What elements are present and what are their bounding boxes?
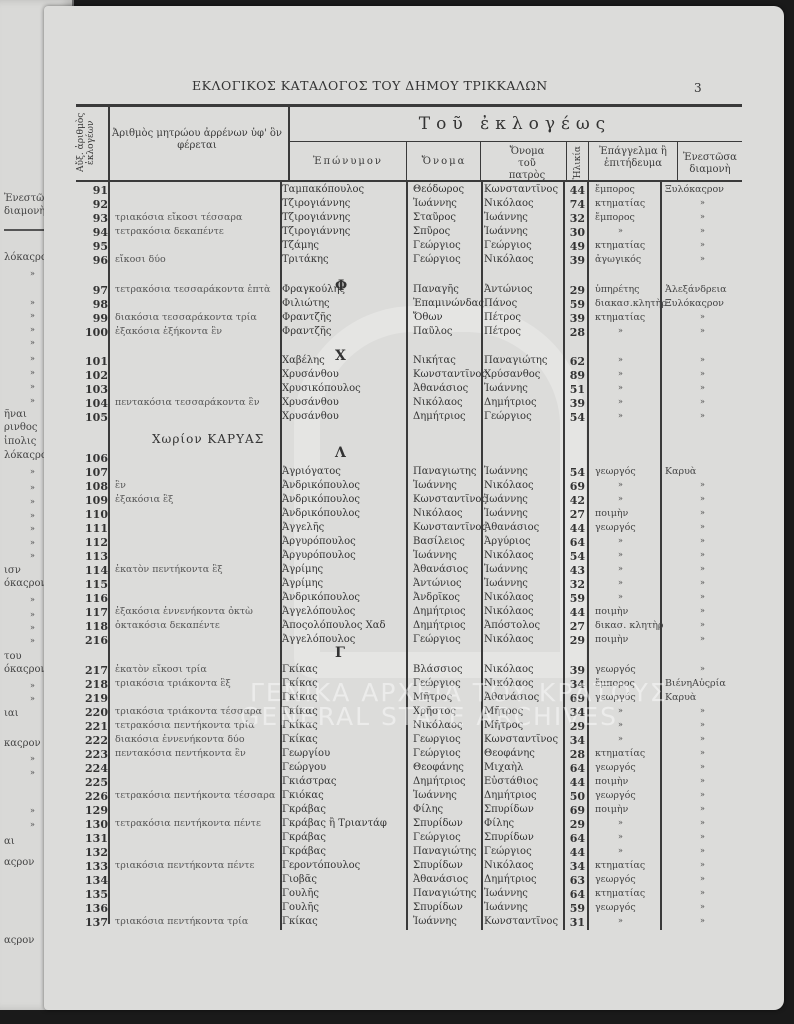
prev-page-cell: » (30, 524, 35, 533)
cell-first-name: Βλάσσιος (413, 664, 463, 675)
cell-surname: Ἀργυρόπουλος (282, 550, 356, 561)
cell-age: 54 (567, 550, 585, 563)
cell-residence: » (700, 254, 782, 263)
vline-age-right (588, 141, 589, 180)
prev-page-cell: » (30, 551, 35, 560)
vline-first (406, 141, 407, 180)
cell-occupation: » (618, 578, 623, 587)
cell-registry-number-words: εἴκοσι δύο (115, 254, 166, 265)
cell-first-name: Νικόλαος (413, 397, 463, 408)
cell-registry-number-words: τριακόσια εἴκοσι τέσσαρα (115, 212, 242, 223)
cell-surname: Γκίκας (282, 664, 318, 675)
cell-age: 39 (567, 664, 585, 677)
cell-occupation: » (618, 326, 623, 335)
cell-serial-number: 106 (78, 452, 108, 465)
cell-surname: Ἀνδρικόπουλος (282, 592, 360, 603)
cell-occupation: γεωργός (595, 790, 636, 801)
table-top-rule (76, 104, 742, 107)
cell-surname: Ἀνδρικόπουλος (282, 508, 360, 519)
prev-page-cell: » (30, 396, 35, 405)
cell-father-name: Νικόλαος (484, 606, 534, 617)
cell-age: 32 (567, 578, 585, 591)
cell-father-name: Νικόλαος (484, 664, 534, 675)
cell-occupation: κτηματίας (595, 748, 645, 759)
prev-page-cell: » (30, 694, 35, 703)
cell-father-name: Γεώργιος (484, 411, 532, 422)
cell-first-name: Σπυρίδων (413, 818, 463, 829)
cell-residence: Ἀλεξάνδρεια (665, 284, 747, 295)
section-letter: Λ (335, 445, 346, 461)
cell-registry-number-words: πεντακόσια τεσσαράκοντα ἓν (115, 397, 259, 408)
cell-age: 30 (567, 226, 585, 239)
section-letter: Γ (335, 645, 345, 661)
cell-occupation: ἀγωγικός (595, 254, 641, 265)
cell-residence: Ξυλόκαςρον (665, 184, 747, 195)
cell-first-name: Παναγιωτης (413, 466, 476, 477)
cell-surname: Ἀγγελόπουλος (282, 634, 355, 645)
cell-occupation: » (618, 592, 623, 601)
vline-age-left (566, 141, 567, 180)
cell-father-name: Ἰωάννης (484, 578, 528, 589)
cell-occupation: » (618, 564, 623, 573)
cell-surname: Τζιρογιάννης (282, 198, 350, 209)
cell-age: 89 (567, 369, 585, 382)
cell-registry-number-words: ἑξακόσια ἐννενήκοντα ὀκτὼ (115, 606, 253, 617)
cell-age: 44 (567, 522, 585, 535)
prev-page-cell: » (30, 354, 35, 363)
cell-serial-number: 99 (78, 312, 108, 325)
cell-age: 64 (567, 888, 585, 901)
prev-page-cell: ρινθος (4, 422, 38, 433)
cell-registry-number-words: πεντακόσια πεντήκοντα ἓν (115, 748, 246, 759)
cell-registry-number-words: διακόσια τεσσαράκοντα τρία (115, 312, 257, 323)
vline-residence (677, 141, 678, 180)
cell-first-name: Ἰωάννης (413, 480, 457, 491)
cell-serial-number: 221 (78, 720, 108, 733)
cell-registry-number-words: τριακόσια τριάκοντα ἓξ (115, 678, 231, 689)
cell-first-name: Σταῦρος (413, 212, 456, 223)
cell-surname: Τζιρογιάννης (282, 212, 350, 223)
cell-father-name: Ἰωάννης (484, 564, 528, 575)
cell-serial-number: 130 (78, 818, 108, 831)
cell-residence: » (700, 536, 782, 545)
cell-surname: Χαβέλης (282, 355, 325, 366)
cell-age: 28 (567, 748, 585, 761)
cell-occupation: γεωργός (595, 902, 636, 913)
cell-surname: Γκίκας (282, 916, 318, 927)
cell-occupation: » (618, 916, 623, 925)
cell-first-name: Ἀθανάσιος (413, 564, 468, 575)
cell-occupation: κτηματίας (595, 240, 645, 251)
cell-first-name: Δημήτριος (413, 606, 466, 617)
prev-page-cell: » (30, 610, 35, 619)
cell-occupation: » (618, 494, 623, 503)
prev-page-cell: » (30, 538, 35, 547)
cell-serial-number: 118 (78, 620, 108, 633)
cell-residence: ΒιένηΑὐςρία (665, 678, 747, 689)
cell-surname: Γκίκας (282, 734, 318, 745)
cell-age: 29 (567, 818, 585, 831)
cell-occupation: κτηματίας (595, 888, 645, 899)
prev-page-cell: » (30, 483, 35, 492)
cell-surname: Ἀγγελόπουλος (282, 606, 355, 617)
cell-surname: Φραγκούλης (282, 284, 345, 295)
cell-serial-number: 224 (78, 762, 108, 775)
cell-age: 43 (567, 564, 585, 577)
prev-page-cell: » (30, 325, 35, 334)
cell-age: 74 (567, 198, 585, 211)
cell-residence: » (700, 620, 782, 629)
cell-residence: » (700, 592, 782, 601)
header-serial-number: Αὔξ. ἀριθμὸς ἐκλογέων (76, 110, 106, 175)
page-number: 3 (694, 81, 702, 95)
cell-father-name: Κωνσταντῖνος (484, 184, 558, 195)
cell-serial-number: 220 (78, 706, 108, 719)
vline-first-body (406, 182, 408, 930)
cell-first-name: Γεώργιος (413, 832, 461, 843)
cell-first-name: Δημήτριος (413, 620, 466, 631)
cell-residence: » (700, 212, 782, 221)
cell-father-name: Ἰωάννης (484, 226, 528, 237)
cell-father-name: Σπυρίδων (484, 832, 534, 843)
cell-registry-number-words: τετρακόσια πεντήκοντα πέντε (115, 818, 261, 829)
header-age: Ἡλικία (573, 146, 583, 179)
prev-page-cell: » (30, 368, 35, 377)
cell-father-name: Πάνος (484, 298, 517, 309)
prev-page-cell: αςρον (4, 857, 34, 868)
cell-residence: » (700, 720, 782, 729)
prev-page-cell: » (30, 311, 35, 320)
section-letter: Χ (335, 348, 346, 364)
cell-surname: Τζάμης (282, 240, 319, 251)
cell-father-name: Παναγιώτης (484, 355, 547, 366)
cell-registry-number-words: ἑκατὸν πεντήκοντα ἓξ (115, 564, 223, 575)
cell-serial-number: 226 (78, 790, 108, 803)
cell-residence: » (700, 494, 782, 503)
cell-age: 42 (567, 494, 585, 507)
vline-residence-body (660, 182, 662, 930)
cell-surname: Γκιόκας (282, 790, 324, 801)
prev-page-cell: ιαι (4, 708, 19, 719)
header-first-name: Ὄνομα (410, 156, 478, 168)
page-title: ΕΚΛΟΓΙΚΟΣ ΚΑΤΑΛΟΓΟΣ ΤΟΥ ΔΗΜΟΥ ΤΡΙΚΚΑΛΩΝ (192, 78, 548, 93)
cell-surname: Τζιρογιάννης (282, 226, 350, 237)
cell-first-name: Ἀθανάσιος (413, 874, 468, 885)
cell-serial-number: 105 (78, 411, 108, 424)
cell-first-name: Θεόδωρος (413, 184, 464, 195)
village-heading: Χωρίον ΚΑΡΥΑΣ (152, 432, 264, 446)
cell-occupation: ποιμὴν (595, 606, 628, 617)
cell-residence: » (700, 818, 782, 827)
cell-surname: Φραντζῆς (282, 326, 331, 337)
group-header-rule (290, 141, 742, 142)
cell-serial-number: 113 (78, 550, 108, 563)
cell-age: 27 (567, 620, 585, 633)
cell-registry-number-words: τριακόσια πεντήκοντα πέντε (115, 860, 254, 871)
cell-father-name: Νικόλαος (484, 550, 534, 561)
cell-father-name: Θεοφάνης (484, 748, 535, 759)
prev-page-cell: » (30, 820, 35, 829)
cell-serial-number: 137 (78, 916, 108, 929)
cell-residence: » (700, 832, 782, 841)
cell-father-name: Χρύσανθος (484, 369, 540, 380)
cell-age: 64 (567, 832, 585, 845)
cell-surname: Ἀγρίμης (282, 564, 323, 575)
cell-surname: Γεώργου (282, 762, 326, 773)
cell-age: 27 (567, 508, 585, 521)
cell-surname: Ἀποςολόπουλος Χαδ (282, 620, 386, 631)
cell-first-name: Γεωργιος (413, 734, 461, 745)
header-voter-group: Τοῦ ἐκλογέως (290, 114, 740, 134)
header-residence: Ἐνεστῶσα διαμονὴ (680, 152, 740, 176)
cell-serial-number: 102 (78, 369, 108, 382)
cell-surname: Χρυσάνθου (282, 411, 339, 422)
cell-serial-number: 217 (78, 664, 108, 677)
prev-page-cell: » (30, 497, 35, 506)
cell-father-name: Γεώργιος (484, 846, 532, 857)
cell-serial-number: 109 (78, 494, 108, 507)
cell-father-name: Γεώργιος (484, 240, 532, 251)
cell-residence: » (700, 776, 782, 785)
cell-surname: Γιοβᾶς (282, 874, 317, 885)
cell-residence: » (700, 916, 782, 925)
prev-page-cell: καςρον (4, 738, 41, 749)
cell-first-name: Ὄθων (413, 312, 443, 323)
cell-first-name: Θεοφάνης (413, 762, 464, 773)
cell-serial-number: 103 (78, 383, 108, 396)
cell-first-name: Βασίλειος (413, 536, 465, 547)
cell-age: 44 (567, 846, 585, 859)
cell-registry-number-words: ὀκτακόσια δεκαπέντε (115, 620, 220, 631)
cell-occupation: ποιμὴν (595, 634, 628, 645)
cell-father-name: Ἰωάννης (484, 508, 528, 519)
header-bottom-rule (76, 180, 742, 182)
cell-occupation: » (618, 706, 623, 715)
cell-occupation: » (618, 720, 623, 729)
cell-first-name: Κωνσταντῖνος (413, 522, 487, 533)
cell-surname: Χρυσάνθου (282, 369, 339, 380)
cell-age: 50 (567, 790, 585, 803)
cell-serial-number: 107 (78, 466, 108, 479)
cell-residence: » (700, 226, 782, 235)
cell-residence: » (700, 508, 782, 517)
header-surname: Ἐπώνυμον (292, 156, 404, 168)
cell-residence: Καρυὰ (665, 466, 747, 477)
cell-serial-number: 112 (78, 536, 108, 549)
cell-surname: Ἀγριόγατος (282, 466, 341, 477)
cell-surname: Γκράβας (282, 804, 326, 815)
cell-father-name: Μιχαὴλ (484, 762, 523, 773)
cell-serial-number: 95 (78, 240, 108, 253)
cell-first-name: Σπυρίδων (413, 860, 463, 871)
cell-occupation: » (618, 411, 623, 420)
cell-father-name: Νικόλαος (484, 254, 534, 265)
cell-age: 34 (567, 860, 585, 873)
cell-father-name: Ἰωάννης (484, 494, 528, 505)
cell-surname: Γκράβας ἢ Τριαντάφ (282, 818, 387, 829)
vline-father-body (481, 182, 483, 930)
cell-age: 59 (567, 592, 585, 605)
cell-serial-number: 104 (78, 397, 108, 410)
vline-age-right-body (587, 182, 589, 930)
cell-first-name: Παῦλος (413, 326, 453, 337)
cell-occupation: κτηματίας (595, 198, 645, 209)
cell-serial-number: 131 (78, 832, 108, 845)
vline-father (480, 141, 481, 180)
cell-occupation: ἔμπορος (595, 212, 635, 223)
cell-residence: » (700, 762, 782, 771)
prev-page-cell: » (30, 382, 35, 391)
cell-age: 64 (567, 762, 585, 775)
cell-age: 39 (567, 397, 585, 410)
cell-age: 34 (567, 734, 585, 747)
cell-serial-number: 110 (78, 508, 108, 521)
prev-page-cell: » (30, 338, 35, 347)
cell-surname: Φραντζῆς (282, 312, 331, 323)
cell-first-name: Δημήτριος (413, 776, 466, 787)
cell-age: 29 (567, 284, 585, 297)
cell-father-name: Ἰωάννης (484, 466, 528, 477)
cell-residence: » (700, 397, 782, 406)
cell-father-name: Ἀθανάσιος (484, 522, 539, 533)
cell-occupation: ποιμὴν (595, 508, 628, 519)
cell-age: 49 (567, 240, 585, 253)
cell-father-name: Ἰωάννης (484, 383, 528, 394)
cell-age: 69 (567, 804, 585, 817)
cell-residence: » (700, 578, 782, 587)
cell-first-name: Ἀθανάσιος (413, 383, 468, 394)
cell-serial-number: 98 (78, 298, 108, 311)
cell-residence: Καρυὰ (665, 692, 747, 703)
cell-age: 44 (567, 776, 585, 789)
vline-serial (108, 104, 110, 924)
prev-page-cell: » (30, 636, 35, 645)
cell-first-name: Κωνσταντῖνος (413, 369, 487, 380)
cell-age: 31 (567, 916, 585, 929)
cell-occupation: » (618, 734, 623, 743)
prev-page-cell: όκαςρον (4, 664, 47, 675)
cell-occupation: κτηματίας (595, 860, 645, 871)
cell-father-name: Δημήτριος (484, 397, 537, 408)
prev-page-cell: του (4, 651, 22, 662)
cell-residence: » (700, 888, 782, 897)
prev-page-cell: αι (4, 836, 15, 847)
cell-occupation: » (618, 355, 623, 364)
cell-first-name: Νικόλαος (413, 508, 463, 519)
cell-age: 69 (567, 480, 585, 493)
cell-father-name: Νικόλαος (484, 480, 534, 491)
prev-page-cell: ἰπολις (4, 436, 36, 447)
cell-age: 39 (567, 312, 585, 325)
cell-serial-number: 219 (78, 692, 108, 705)
cell-surname: Ταμπακόπουλος (282, 184, 364, 195)
cell-father-name: Δημήτριος (484, 874, 537, 885)
cell-occupation: » (618, 832, 623, 841)
prev-page-cell: » (30, 595, 35, 604)
prev-page-cell: ισν (4, 565, 21, 576)
cell-serial-number: 218 (78, 678, 108, 691)
cell-age: 63 (567, 874, 585, 887)
cell-father-name: Κωνσταντῖνος (484, 916, 558, 927)
cell-serial-number: 111 (78, 522, 108, 535)
cell-serial-number: 225 (78, 776, 108, 789)
header-registry-number: Ἀριθμὸς μητρώου ἀρρένων ὑφ' ὃν φέρεται (112, 128, 282, 152)
cell-residence: » (700, 790, 782, 799)
cell-residence: » (700, 411, 782, 420)
cell-residence: » (700, 748, 782, 757)
cell-occupation: γεωργός (595, 664, 636, 675)
cell-registry-number-words: τετρακόσια πεντήκοντα τρία (115, 720, 255, 731)
cell-occupation: ὑπηρέτης (595, 284, 640, 295)
header-occupation: Ἐπάγγελμα ἢ ἐπιτήδευμα (592, 146, 674, 170)
cell-surname: Ἀργυρόπουλος (282, 536, 356, 547)
cell-occupation: γεωργός (595, 466, 636, 477)
cell-father-name: Ἀπόστολος (484, 620, 540, 631)
cell-serial-number: 115 (78, 578, 108, 591)
cell-surname: Γκιάστρας (282, 776, 336, 787)
cell-age: 54 (567, 466, 585, 479)
cell-occupation: » (618, 383, 623, 392)
prev-page-cell: » (30, 768, 35, 777)
cell-first-name: Κωνσταντῖνος (413, 494, 487, 505)
cell-occupation: γεωργός (595, 522, 636, 533)
prev-page-cell: » (30, 511, 35, 520)
cell-first-name: Νικήτας (413, 355, 456, 366)
cell-registry-number-words: τετρακόσια τεσσαράκοντα ἑπτὰ (115, 284, 270, 295)
cell-father-name: Πέτρος (484, 312, 521, 323)
cell-registry-number-words: τριακόσια πεντήκοντα τρία (115, 916, 248, 927)
cell-registry-number-words: ἑκατὸν εἴκοσι τρία (115, 664, 207, 675)
cell-registry-number-words: ἑξακόσια ἓξ (115, 494, 173, 505)
cell-occupation: » (618, 536, 623, 545)
prev-page-cell: » (30, 298, 35, 307)
cell-age: 59 (567, 298, 585, 311)
prev-page-cell: » (30, 754, 35, 763)
cell-serial-number: 129 (78, 804, 108, 817)
cell-residence: » (700, 198, 782, 207)
cell-surname: Γεωργίου (282, 748, 330, 759)
cell-age: 32 (567, 212, 585, 225)
cell-age: 54 (567, 411, 585, 424)
cell-age: 44 (567, 606, 585, 619)
prev-page-cell: » (30, 467, 35, 476)
cell-father-name: Κωνσταντῖνος (484, 734, 558, 745)
cell-first-name: Ἀντώνιος (413, 578, 462, 589)
cell-occupation: » (618, 846, 623, 855)
cell-serial-number: 132 (78, 846, 108, 859)
prev-page-cell: » (30, 269, 35, 278)
cell-surname: Χρυσάνθου (282, 397, 339, 408)
cell-registry-number-words: τετρακόσια δεκαπέντε (115, 226, 224, 237)
cell-serial-number: 93 (78, 212, 108, 225)
cell-residence: » (700, 480, 782, 489)
cell-residence: » (700, 550, 782, 559)
prev-page-cell: » (30, 681, 35, 690)
prev-page-cell: όκαςρον (4, 578, 47, 589)
cell-surname: Ἀνδρικόπουλος (282, 494, 360, 505)
cell-surname: Χρυσικόπουλος (282, 383, 361, 394)
cell-serial-number: 216 (78, 634, 108, 647)
cell-surname: Γκράβας (282, 846, 326, 857)
cell-residence: » (700, 355, 782, 364)
cell-serial-number: 136 (78, 902, 108, 915)
cell-father-name: Νικόλαος (484, 860, 534, 871)
cell-surname: Φιλιώτης (282, 298, 330, 309)
cell-surname: Ἀγγελῆς (282, 522, 324, 533)
cell-occupation: » (618, 818, 623, 827)
cell-residence: » (700, 804, 782, 813)
watermark-english: GENERAL STATE ARCHIVES (240, 702, 618, 731)
